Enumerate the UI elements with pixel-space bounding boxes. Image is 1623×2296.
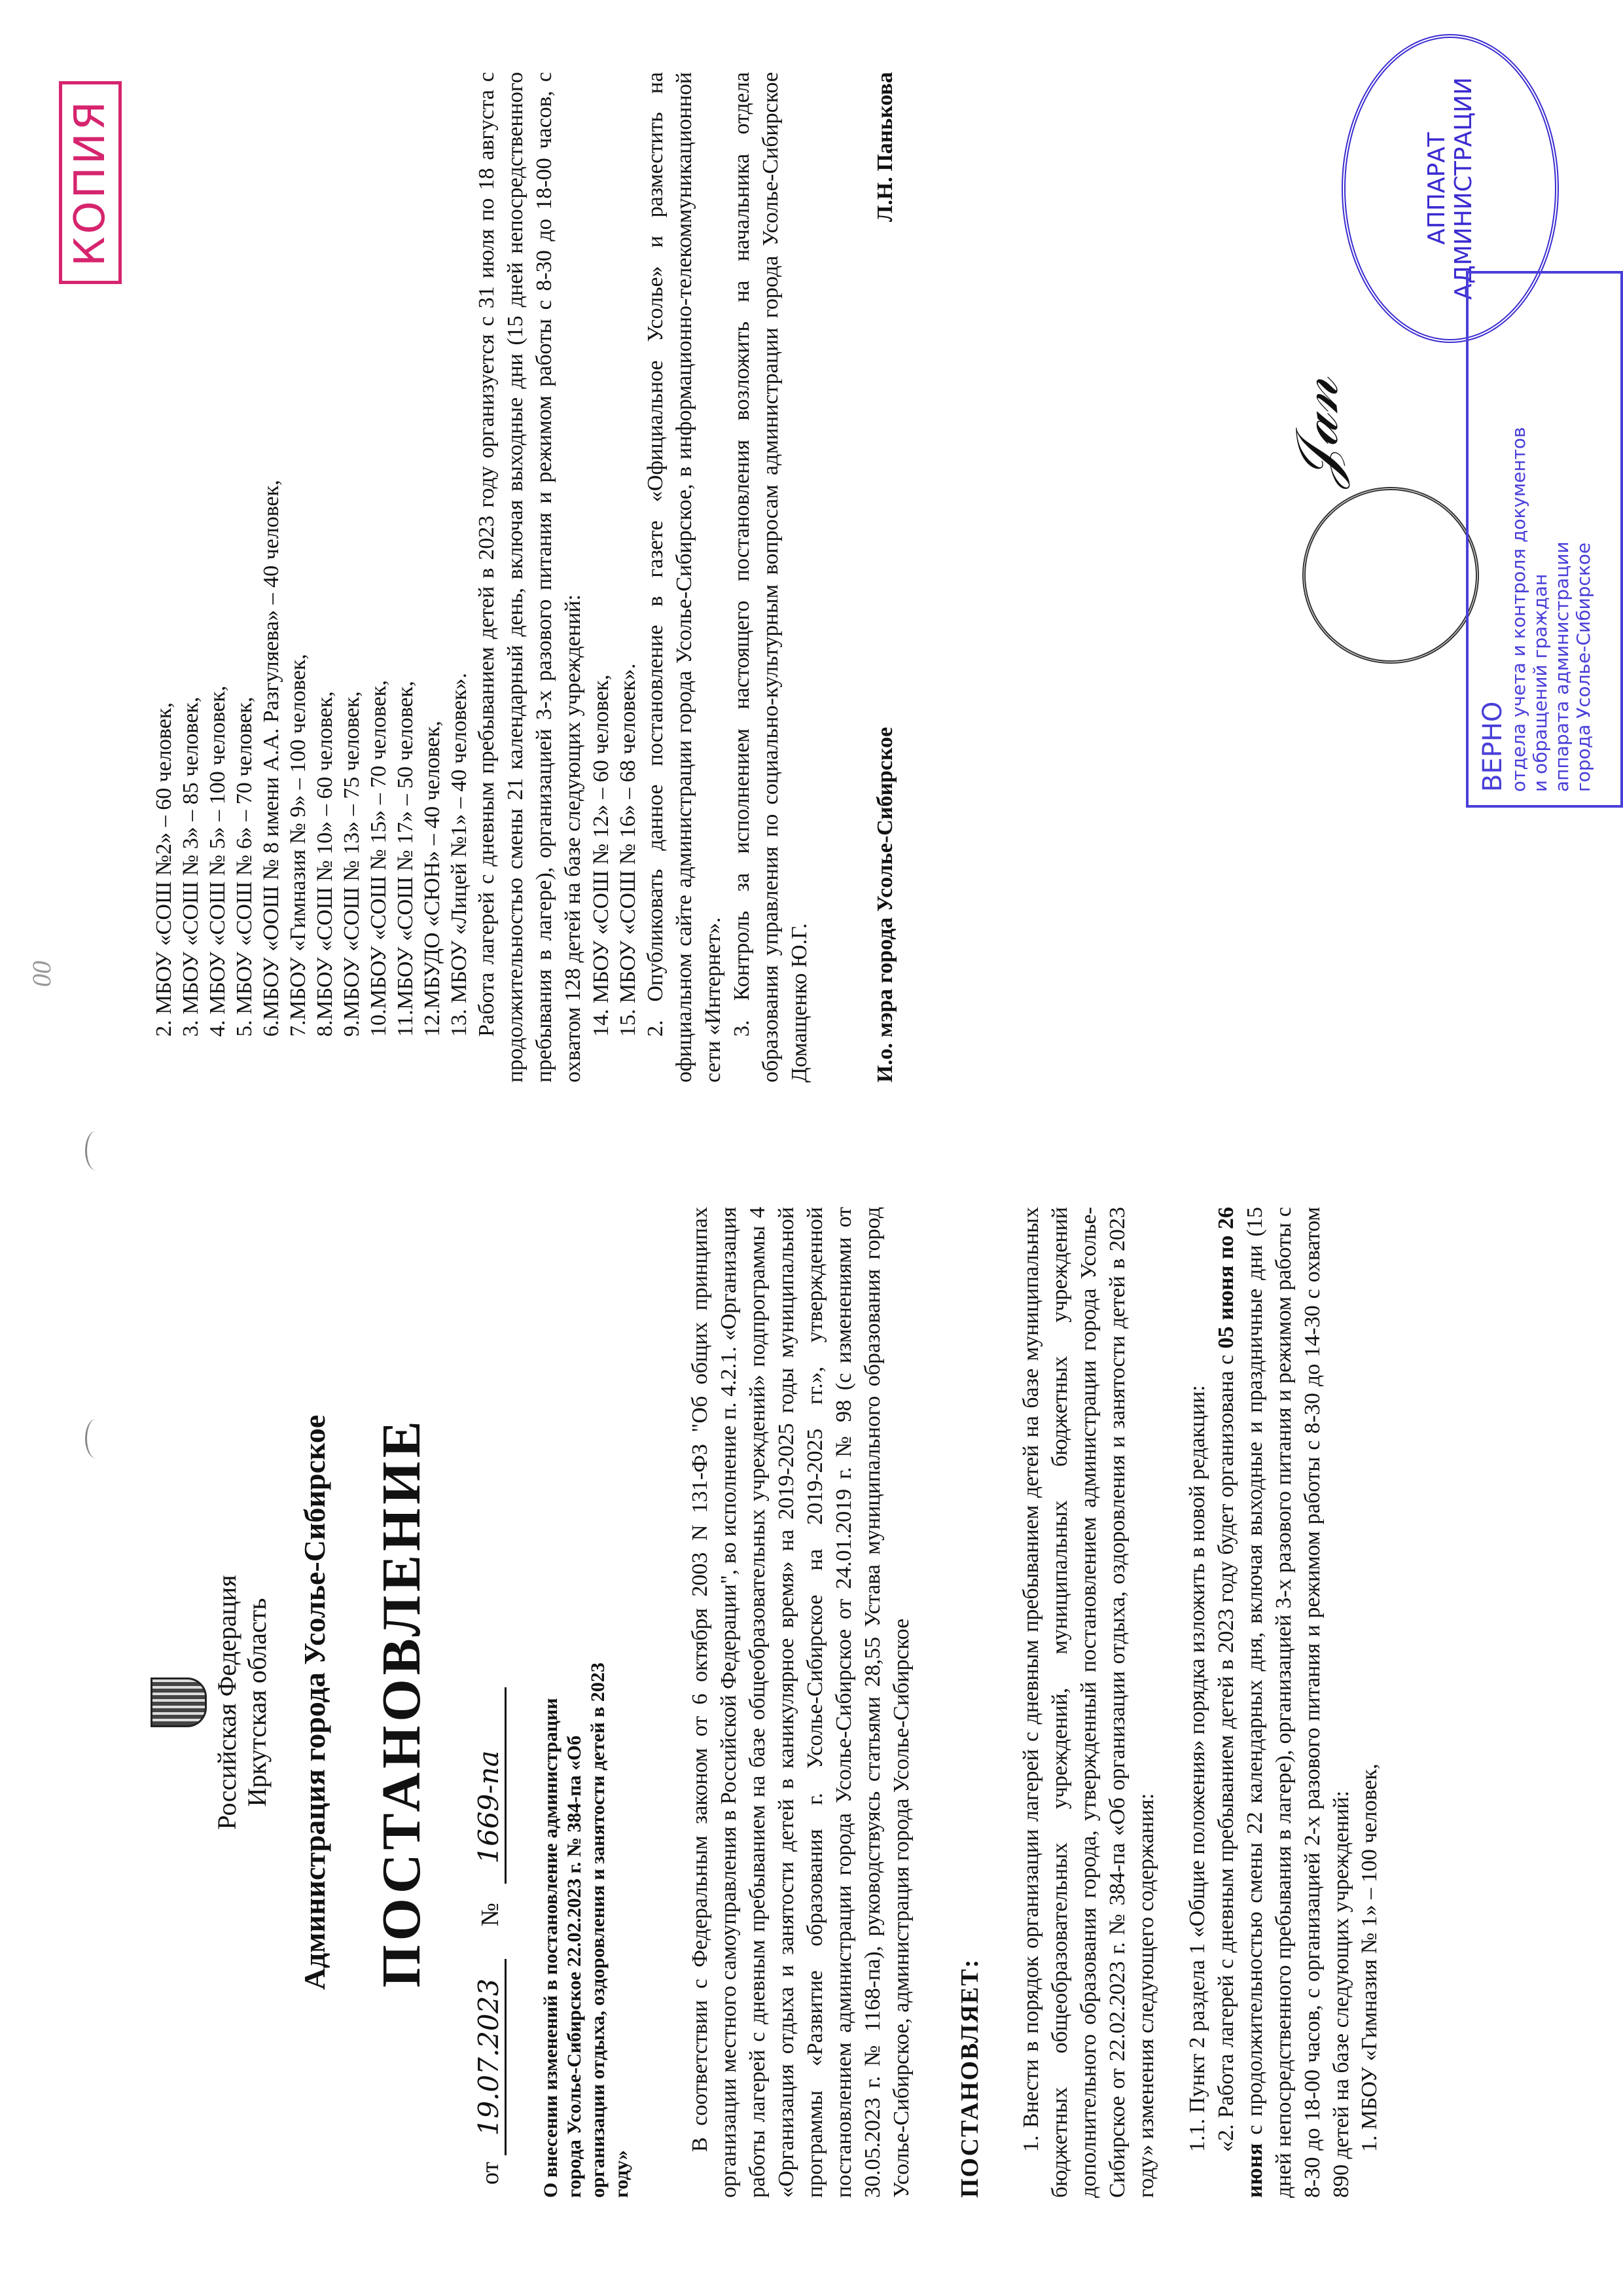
school-list-second: 14. МБОУ «СОШ № 12» – 60 человек, 15. МБ… (588, 72, 641, 1083)
list-item: 7.МБОУ «Гимназия № 9» – 100 человек, (285, 72, 312, 1037)
header-administration: Администрация города Усолье-Сибирское (297, 1207, 332, 2198)
document-subject: О внесении изменений в постановление адм… (539, 1661, 633, 2198)
list-item: 8.МБОУ «СОШ № 10» – 60 человек, (312, 72, 338, 1037)
school-list-continued: 2. МБОУ «СОШ №2» – 60 человек, 3. МБОУ «… (151, 72, 473, 1083)
school-list-first: 1. МБОУ «Гимназия № 1» – 100 человек, (1356, 1207, 1383, 2198)
list-item: 2. МБОУ «СОШ №2» – 60 человек, (151, 72, 177, 1037)
punch-hole-mark (85, 1131, 107, 1170)
list-item: 1. МБОУ «Гимназия № 1» – 100 человек, (1356, 1207, 1383, 2152)
list-item: 10.МБОУ «СОШ № 15» – 70 человек, (365, 72, 392, 1037)
document-number: 1669-па (473, 1687, 507, 1884)
list-item: 3. МБОУ «СОШ № 3» – 85 человек, (177, 72, 204, 1037)
signatory-name: Л.Н. Панькова (873, 72, 898, 222)
handwritten-signature: 𝒥𝒶𝓃 (1283, 378, 1352, 487)
coat-of-arms-icon (151, 1677, 207, 1727)
signature-block: И.о. мэра города Усолье-Сибирское Л.Н. П… (873, 72, 898, 1083)
list-item: 11.МБОУ «СОШ № 17» – 50 человек, (392, 72, 419, 1037)
page-left: Российская Федерация Иркутская область А… (0, 1148, 1623, 2296)
document-type-title: ПОСТАНОВЛЕНИЕ (370, 1207, 433, 2198)
header-country: Российская Федерация (212, 1207, 242, 2198)
list-item: 6.МБОУ «ООШ № 8 имени А.А. Разгуляева» –… (258, 72, 285, 1037)
signatory-position: И.о. мэра города Усолье-Сибирское (873, 727, 898, 1083)
document-spread: Российская Федерация Иркутская область А… (0, 0, 1623, 2296)
list-item: 4. МБОУ «СОШ № 5» – 100 человек, (204, 72, 231, 1037)
official-seal-icon (1302, 487, 1479, 664)
list-item: 12.МБУДО «СЮН» – 40 человек, (419, 72, 446, 1037)
august-session: Работа лагерей с дневным пребыванием дет… (473, 72, 588, 1083)
page-right: 2. МБОУ «СОШ №2» – 60 человек, 3. МБОУ «… (0, 0, 1623, 1148)
item-2-schedule: «2. Работа лагерей с дневным пребыванием… (1212, 1207, 1356, 2198)
preamble: В соответствии с Федеральным законом от … (686, 1207, 916, 2198)
list-item: 15. МБОУ «СОШ № 16» – 68 человек». (615, 72, 641, 1037)
number-label: № (476, 1903, 504, 1926)
item-1-1: 1.1. Пункт 2 раздела 1 «Общие положения»… (1183, 1207, 1212, 2198)
date-prefix: от (476, 2162, 504, 2185)
list-item: 13. МБОУ «Лицей №1» – 40 человек». (446, 72, 473, 1037)
list-item: 5. МБОУ «СОШ № 6» – 70 человек, (231, 72, 258, 1037)
item-2-publish: 2. Опубликовать данное постановление в г… (641, 72, 728, 1083)
verified-copy-stamp: ВЕРНО отдела учета и контроля документов… (1466, 271, 1623, 808)
item-3-control: 3. Контроль за исполнением настоящего по… (728, 72, 814, 1083)
list-item: 14. МБОУ «СОШ № 12» – 60 человек, (588, 72, 615, 1037)
document-date: 19.07.2023 (473, 1959, 507, 2155)
item-1: 1. Внести в порядок организации лагерей … (1017, 1207, 1161, 2198)
list-item: 9.МБОУ «СОШ № 13» – 75 человек, (338, 72, 365, 1037)
copy-mark-stamp: КОПИЯ (59, 81, 122, 284)
date-number-row: от 19.07.2023 № 1669-па (473, 1207, 507, 2185)
punch-hole-mark (85, 1419, 107, 1458)
header-region: Иркутская область (242, 1207, 272, 2198)
resolves-heading: ПОСТАНОВЛЯЕТ: (955, 1207, 984, 2198)
margin-note: 00 (26, 961, 57, 987)
